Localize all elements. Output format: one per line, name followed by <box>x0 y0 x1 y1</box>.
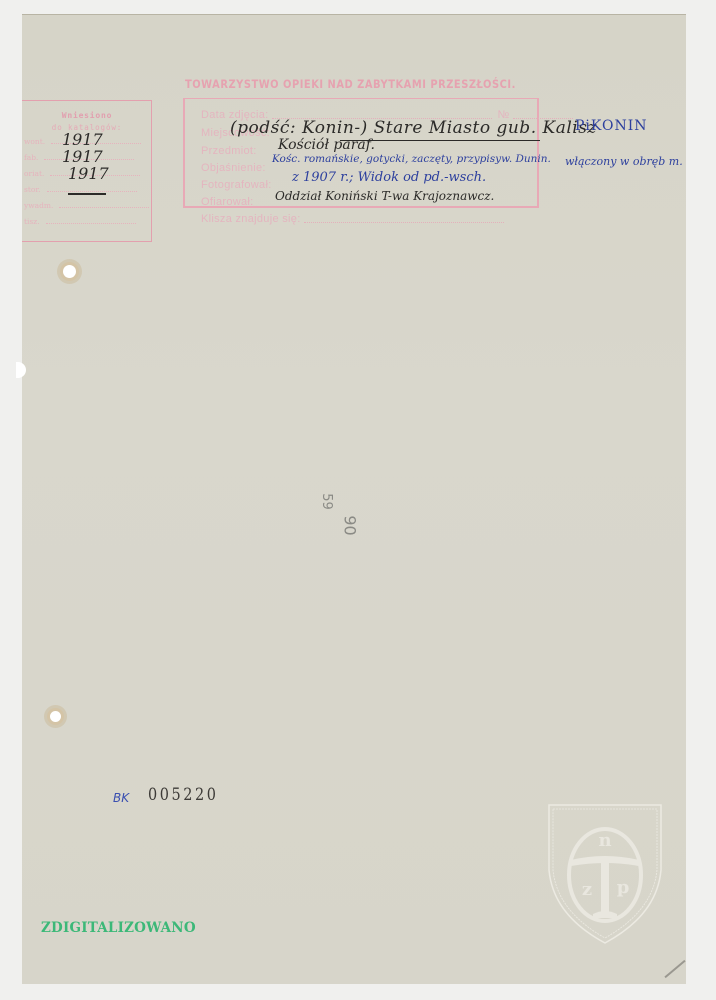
pencil-note: 90 <box>341 515 360 535</box>
svg-text:n: n <box>598 830 611 851</box>
catalog-prefix: BK <box>113 791 129 805</box>
pencil-note: 59 <box>319 493 334 510</box>
stamp-title: TOWARZYSTWO OPIEKI NAD ZABYTKAMI PRZESZŁ… <box>185 77 495 91</box>
photographer-value: z 1907 r.; Widok od pd.-wsch. <box>292 170 486 185</box>
field-photographer: Fotografował: <box>201 176 272 191</box>
place-value: (podść: Konin-) Stare Miasto gub. Kalisz <box>230 118 597 138</box>
catalog-year-3: 1917 <box>68 164 109 183</box>
catalog-number: 005220 <box>148 785 218 805</box>
digitized-stamp: ZDIGITALIZOWANO <box>41 920 196 936</box>
punch-hole <box>63 265 76 278</box>
field-donor: Ofiarował: <box>201 193 254 208</box>
field-description: Objaśnienie: <box>201 159 266 174</box>
ntzp-logo-icon: n z p <box>545 800 665 945</box>
underline <box>68 193 106 195</box>
punch-hole <box>50 711 61 722</box>
field-subject: Przedmiot: <box>201 142 257 157</box>
svg-text:p: p <box>617 877 630 898</box>
field-negative: Klisza znajduje się: <box>201 210 504 225</box>
description-continuation: włączony w obręb m. <box>565 155 683 168</box>
description-value: Kośc. romańskie, gotycki, zaczęty, przyp… <box>272 153 551 165</box>
donor-value: Oddział Koniński T-wa Krajoznawcz. <box>275 189 494 203</box>
place-annotation: PiKONIN <box>575 118 648 134</box>
subject-value: Kościół paraf. <box>278 137 375 153</box>
svg-text:z: z <box>582 879 592 900</box>
